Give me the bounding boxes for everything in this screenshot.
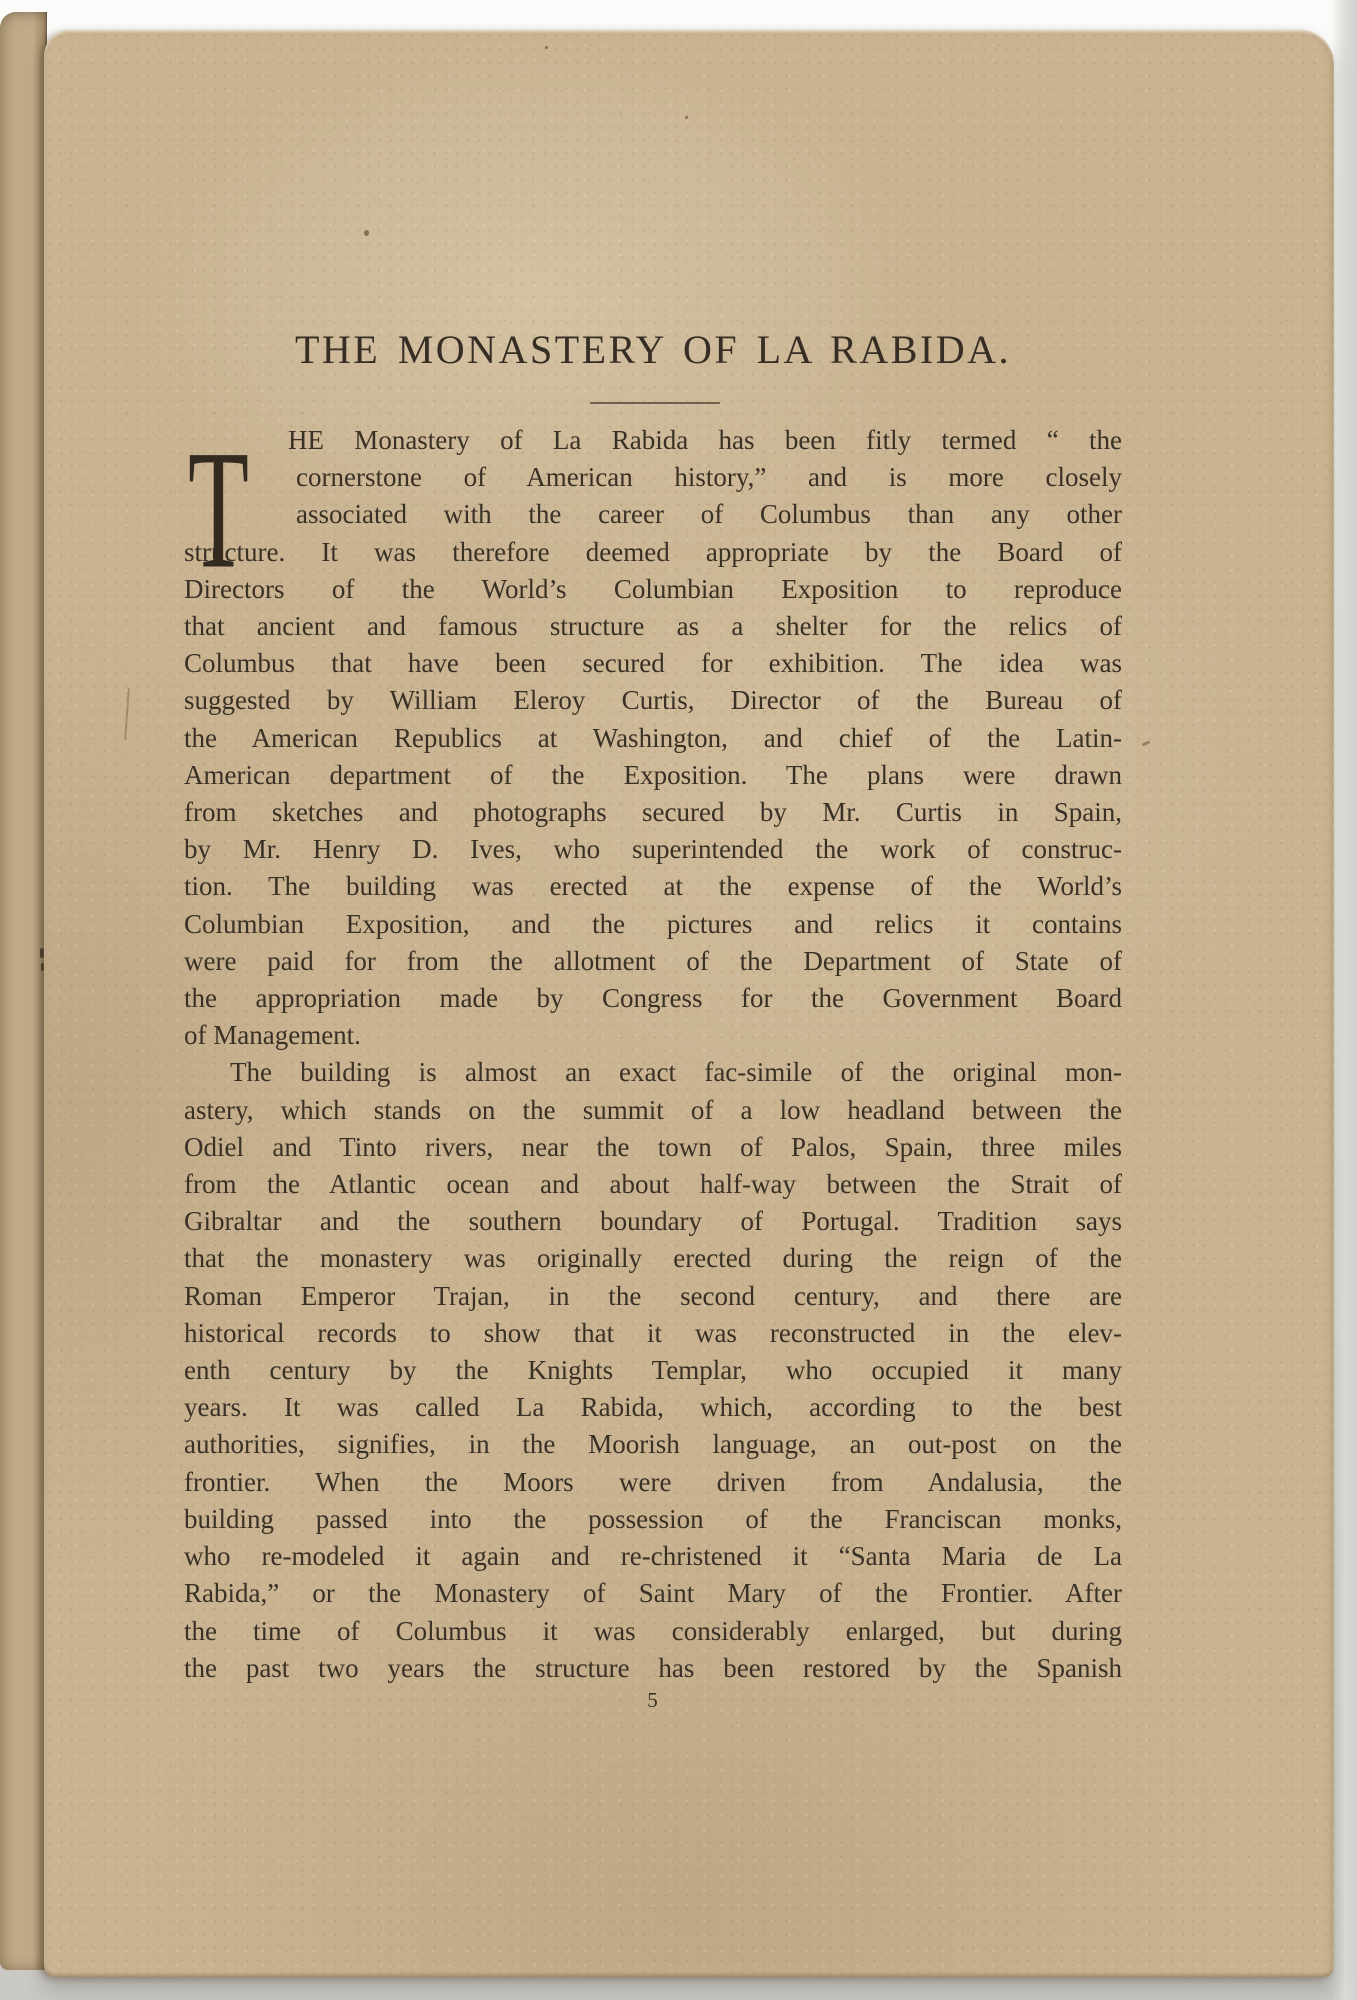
text-line: who re-modeled it again and re-christene… <box>184 1538 1122 1575</box>
text-line: by Mr. Henry D. Ives, who superintended … <box>184 831 1122 868</box>
page-number: 5 <box>184 1688 1122 1713</box>
paragraph-1: T HE Monastery of La Rabida has been fit… <box>184 422 1122 1054</box>
text-line: were paid for from the allotment of the … <box>184 943 1122 980</box>
text-line: historical records to show that it was r… <box>184 1315 1122 1352</box>
text-line: the American Republics at Washington, an… <box>184 720 1122 757</box>
body-text: T HE Monastery of La Rabida has been fit… <box>184 422 1122 1687</box>
text-line: of Management. <box>184 1017 1122 1054</box>
text-line: Gibraltar and the southern boundary of P… <box>184 1203 1122 1240</box>
paper-speck <box>364 230 369 236</box>
text-line: tion. The building was erected at the ex… <box>184 868 1122 905</box>
text-line: astery, which stands on the summit of a … <box>184 1092 1122 1129</box>
text-line: Columbian Exposition, and the pictures a… <box>184 906 1122 943</box>
paper-fiber <box>1142 741 1151 747</box>
text-line: Rabida,” or the Monastery of Saint Mary … <box>184 1575 1122 1612</box>
photo-background: THE MONASTERY OF LA RABIDA. T HE Monaste… <box>0 0 1357 2000</box>
text-line: frontier. When the Moors were driven fro… <box>184 1464 1122 1501</box>
text-line: Odiel and Tinto rivers, near the town of… <box>184 1129 1122 1166</box>
text-line: Directors of the World’s Columbian Expos… <box>184 571 1122 608</box>
paper-fiber <box>124 688 130 740</box>
text-line: suggested by William Eleroy Curtis, Dire… <box>184 682 1122 719</box>
text-line: that ancient and famous structure as a s… <box>184 608 1122 645</box>
paper-speck <box>545 46 548 49</box>
text-line: years. It was called La Rabida, which, a… <box>184 1389 1122 1426</box>
text-line: the appropriation made by Congress for t… <box>184 980 1122 1017</box>
text-line: associated with the career of Columbus t… <box>184 496 1122 533</box>
text-line: that the monastery was originally erecte… <box>184 1240 1122 1277</box>
text-line: Roman Emperor Trajan, in the second cent… <box>184 1278 1122 1315</box>
text-line: American department of the Exposition. T… <box>184 757 1122 794</box>
text-line: HE Monastery of La Rabida has been fitly… <box>184 422 1122 459</box>
text-line: enth century by the Knights Templar, who… <box>184 1352 1122 1389</box>
text-line: from sketches and photographs secured by… <box>184 794 1122 831</box>
under-page-edge <box>0 12 47 1970</box>
book-page: THE MONASTERY OF LA RABIDA. T HE Monaste… <box>44 30 1334 1977</box>
text-line: cornerstone of American history,” and is… <box>184 459 1122 496</box>
text-line: from the Atlantic ocean and about half-w… <box>184 1166 1122 1203</box>
drop-cap: T <box>188 424 249 594</box>
title-rule <box>590 402 720 404</box>
text-line: building passed into the possession of t… <box>184 1501 1122 1538</box>
page-title: THE MONASTERY OF LA RABIDA. <box>184 326 1122 373</box>
paper-speck <box>685 116 688 119</box>
book-fore-edge <box>1331 0 1357 2000</box>
text-line: authorities, signifies, in the Moorish l… <box>184 1426 1122 1463</box>
paragraph-2: The building is almost an exact fac-simi… <box>184 1054 1122 1686</box>
text-line: the past two years the structure has bee… <box>184 1650 1122 1687</box>
text-line: structure. It was therefore deemed appro… <box>184 534 1122 571</box>
text-line: the time of Columbus it was considerably… <box>184 1613 1122 1650</box>
text-line: The building is almost an exact fac-simi… <box>184 1054 1122 1091</box>
text-line: Columbus that have been secured for exhi… <box>184 645 1122 682</box>
